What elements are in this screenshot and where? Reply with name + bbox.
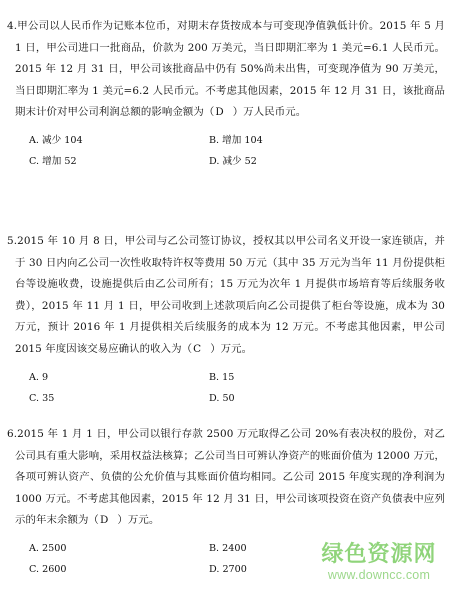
question-4: 4.甲公司以人民币作为记账本位币，对期末存货按成本与可变现净值孰低计价。2015…	[7, 16, 445, 173]
option-c: C. 35	[29, 388, 54, 410]
option-c: C. 2600	[29, 559, 67, 581]
question-stem: 6.2015 年 1 月 1 日，甲公司以银行存款 2500 万元取得乙公司 2…	[7, 424, 445, 532]
answer-mark: C	[192, 339, 210, 361]
question-text-end: ）万元。	[210, 343, 252, 355]
watermark: 绿色资源网 www.downcc.com	[314, 542, 444, 582]
option-d: D. 减少 52	[209, 151, 257, 173]
question-text-end: ）万元。	[117, 514, 159, 526]
question-number: 4.	[7, 20, 17, 32]
option-a: A. 减少 104	[29, 130, 83, 152]
option-d: D. 2700	[209, 559, 247, 581]
option-a: A. 9	[29, 367, 48, 389]
question-text: 2015 年 10 月 8 日，甲公司与乙公司签订协议，授权其以甲公司名义开设一…	[15, 235, 445, 355]
question-number: 6.	[7, 428, 17, 440]
answer-mark: D	[99, 510, 117, 532]
options-row: A. 9 B. 15	[18, 367, 445, 389]
question-stem: 5.2015 年 10 月 8 日，甲公司与乙公司签订协议，授权其以甲公司名义开…	[7, 231, 445, 361]
option-b: B. 15	[209, 367, 234, 389]
option-b: B. 增加 104	[209, 130, 263, 152]
watermark-brand: 绿色资源网	[314, 542, 444, 568]
option-d: D. 50	[209, 388, 235, 410]
answer-mark: D	[214, 102, 232, 124]
question-stem: 4.甲公司以人民币作为记账本位币，对期末存货按成本与可变现净值孰低计价。2015…	[7, 16, 445, 124]
options-row: C. 增加 52 D. 减少 52	[18, 151, 445, 173]
options-row: A. 减少 104 B. 增加 104	[18, 130, 445, 152]
options-row: C. 35 D. 50	[18, 388, 445, 410]
question-text-end: ）万人民币元。	[233, 106, 306, 118]
options-list: A. 9 B. 15 C. 35 D. 50	[7, 367, 445, 410]
question-text: 2015 年 1 月 1 日，甲公司以银行存款 2500 万元取得乙公司 20%…	[15, 428, 445, 526]
question-number: 5.	[7, 235, 17, 247]
options-list: A. 减少 104 B. 增加 104 C. 增加 52 D. 减少 52	[7, 130, 445, 173]
option-c: C. 增加 52	[29, 151, 77, 173]
question-5: 5.2015 年 10 月 8 日，甲公司与乙公司签订协议，授权其以甲公司名义开…	[7, 231, 445, 410]
option-a: A. 2500	[29, 538, 66, 560]
option-b: B. 2400	[209, 538, 247, 560]
watermark-url: www.downcc.com	[314, 568, 444, 582]
